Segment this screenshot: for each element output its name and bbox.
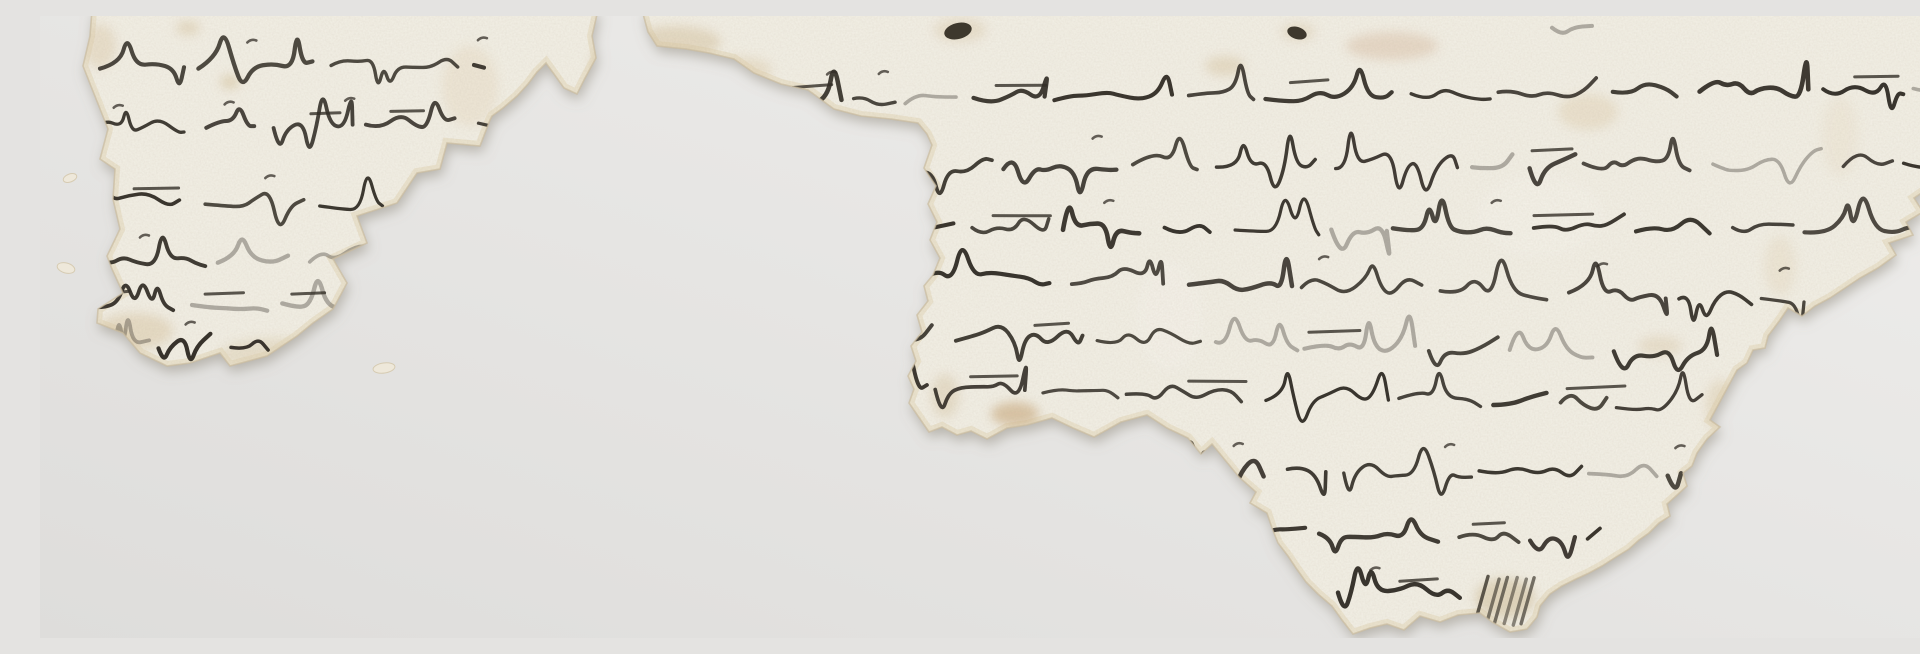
script-bar-stroke (1473, 523, 1504, 525)
script-bar-stroke (292, 293, 325, 294)
script-bar-stroke (1309, 331, 1360, 333)
script-bar-stroke (1532, 149, 1572, 151)
script-stroke (474, 65, 484, 68)
script-bar-stroke (134, 188, 179, 189)
script-bar-stroke (1855, 76, 1898, 77)
script-bar-stroke (311, 113, 340, 114)
script-bar-stroke (971, 376, 1018, 377)
script-bar-stroke (1534, 214, 1593, 216)
script-bar-stroke (391, 111, 424, 112)
script-bar-stroke (205, 293, 243, 294)
manuscript-photo (40, 16, 1920, 638)
manuscript-photo-canvas (40, 16, 1920, 638)
